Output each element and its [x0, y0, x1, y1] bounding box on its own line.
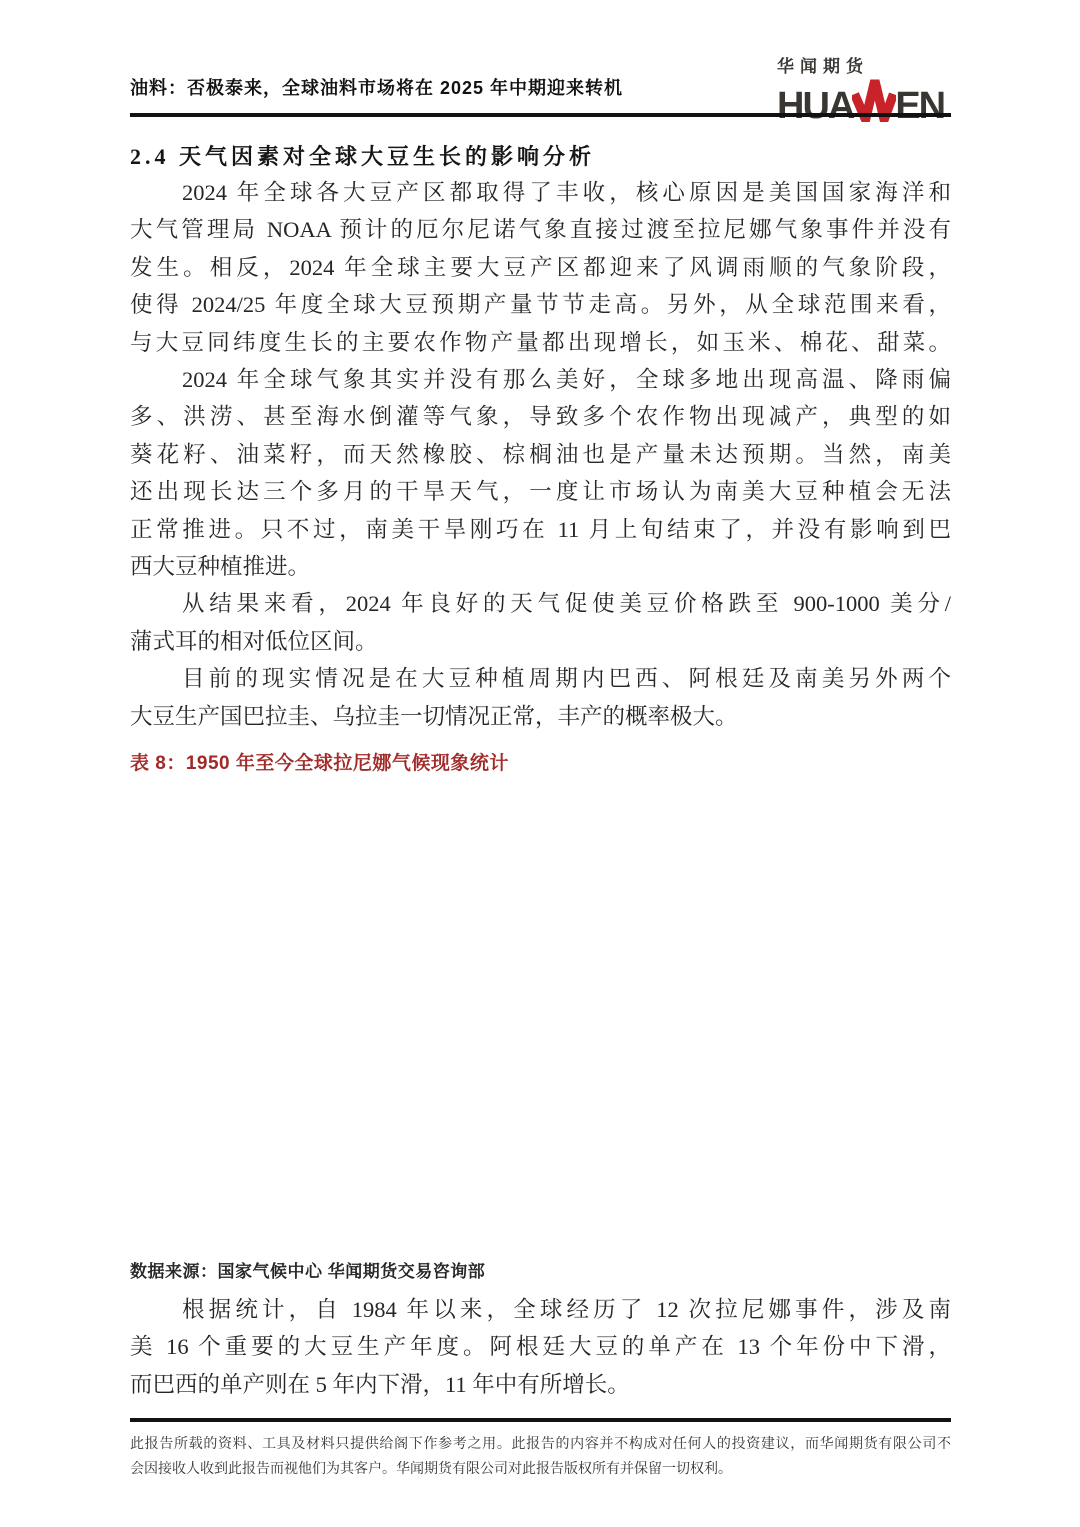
- paragraph-line: 还出现长达三个多月的干旱天气，一度让市场认为南美大豆种植会无法: [130, 473, 951, 510]
- paragraph-line: 正常推进。只不过，南美干旱刚巧在 11 月上旬结束了，并没有影响到巴: [130, 511, 951, 548]
- paragraph-line: 从结果来看，2024 年良好的天气促使美豆价格跌至 900-1000 美分/: [130, 585, 951, 622]
- footer-disclaimer: 此报告所载的资料、工具及材料只提供给阁下作参考之用。此报告的内容并不构成对任何人…: [130, 1431, 951, 1481]
- paragraph-line: 蒲式耳的相对低位区间。: [130, 623, 951, 660]
- footer-line: 此报告所载的资料、工具及材料只提供给阁下作参考之用。此报告的内容并不构成对任何人…: [130, 1431, 951, 1456]
- paragraph-line: 根据统计，自 1984 年以来，全球经历了 12 次拉尼娜事件，涉及南: [130, 1291, 951, 1328]
- paragraph-line: 2024 年全球各大豆产区都取得了丰收，核心原因是美国国家海洋和: [130, 174, 951, 211]
- paragraph-line: 西大豆种植推进。: [130, 548, 951, 585]
- paragraph-line: 大气管理局 NOAA 预计的厄尔尼诺气象直接过渡至拉尼娜气象事件并没有: [130, 211, 951, 248]
- report-header-title: 油料：否极泰来，全球油料市场将在 2025 年中期迎来转机: [130, 74, 623, 100]
- footer-rule: [130, 1418, 951, 1422]
- paragraph-line: 美 16 个重要的大豆生产年度。阿根廷大豆的单产在 13 个年份中下滑，: [130, 1328, 951, 1365]
- table-8-caption: 表 8：1950 年至今全球拉尼娜气候现象统计: [130, 748, 509, 775]
- header-rule: [130, 113, 951, 117]
- paragraph-line: 而巴西的单产则在 5 年内下滑，11 年中有所增长。: [130, 1366, 951, 1403]
- logo-chinese-text: 华闻期货: [777, 52, 957, 77]
- paragraph-line: 使得 2024/25 年度全球大豆预期产量节节走高。另外，从全球范围来看，: [130, 286, 951, 323]
- huawen-logo: 华闻期货 HUA EN: [777, 52, 957, 121]
- section-title: 2.4 天气因素对全球大豆生长的影响分析: [130, 140, 595, 171]
- body-text-block-2: 根据统计，自 1984 年以来，全球经历了 12 次拉尼娜事件，涉及南 美 16…: [130, 1291, 951, 1403]
- paragraph-line: 2024 年全球气象其实并没有那么美好，全球多地出现高温、降雨偏: [130, 361, 951, 398]
- paragraph-line: 大豆生产国巴拉圭、乌拉圭一切情况正常，丰产的概率极大。: [130, 698, 951, 735]
- paragraph-line: 目前的现实情况是在大豆种植周期内巴西、阿根廷及南美另外两个: [130, 660, 951, 697]
- paragraph-line: 葵花籽、油菜籽，而天然橡胶、棕榈油也是产量未达预期。当然，南美: [130, 436, 951, 473]
- body-text-block: 2024 年全球各大豆产区都取得了丰收，核心原因是美国国家海洋和 大气管理局 N…: [130, 174, 951, 735]
- table-8-figure-placeholder: [130, 784, 951, 1242]
- paragraph-line: 与大豆同纬度生长的主要农作物产量都出现增长，如玉米、棉花、甜菜。: [130, 324, 951, 361]
- paragraph-line: 发生。相反，2024 年全球主要大豆产区都迎来了风调雨顺的气象阶段，: [130, 249, 951, 286]
- paragraph-line: 多、洪涝、甚至海水倒灌等气象，导致多个农作物出现减产，典型的如: [130, 398, 951, 435]
- report-page: 油料：否极泰来，全球油料市场将在 2025 年中期迎来转机 华闻期货 HUA E…: [0, 0, 1080, 1527]
- footer-line: 会因接收人收到此报告而视他们为其客户。华闻期货有限公司对此报告版权所有并保留一切…: [130, 1456, 951, 1481]
- data-source-line: 数据来源：国家气候中心 华闻期货交易咨询部: [130, 1257, 485, 1282]
